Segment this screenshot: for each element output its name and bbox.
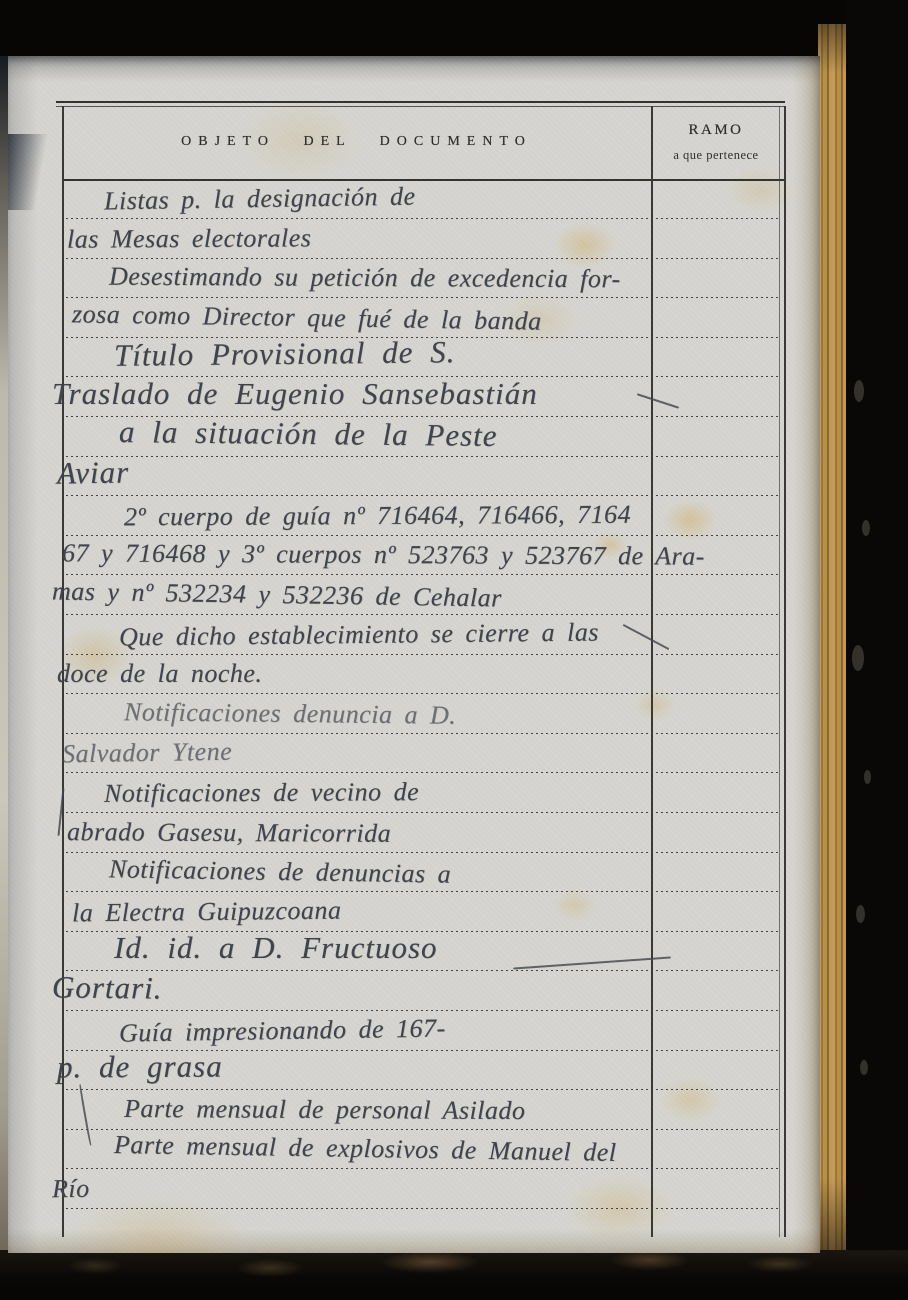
manuscript-line: las Mesas electorales [67,223,311,254]
frame-right-line [784,106,786,1237]
ruled-line [66,258,779,259]
cover-wear-speck [860,1060,868,1075]
ruled-line [66,1168,779,1169]
manuscript-line: Que dicho establecimiento se cierre a la… [119,617,599,652]
top-border-outer [56,101,785,103]
manuscript-line: Traslado de Eugenio Sansebastián [52,376,538,412]
manuscript-line: Id. id. a D. Fructuoso [114,930,438,966]
ruled-line [66,693,779,694]
header-divider-line [62,179,785,181]
ruled-line [66,733,779,734]
ruled-line [66,574,779,575]
manuscript-line: Parte mensual de explosivos de Manuel de… [114,1130,617,1168]
cover-wear-speck [854,380,864,402]
ruled-line [66,772,779,773]
manuscript-line: 2º cuerpo de guía nº 716464, 716466, 716… [124,500,631,533]
manuscript-line: Parte mensual de personal Asilado [124,1094,526,1126]
top-border-inner [56,106,785,107]
ruled-line [66,1089,779,1090]
manuscript-line: Notificaciones de vecino de [104,777,419,809]
ruled-line [66,1010,779,1011]
manuscript-line: Título Provisional de S. [114,334,456,374]
ruled-line [66,970,779,971]
cover-wear-speck [862,520,870,536]
pen-stroke [79,1084,92,1145]
ruled-line [66,218,779,219]
ruled-line [66,614,779,615]
manuscript-line: la Electra Guipuzcoana [72,896,342,929]
pen-flourish [623,624,670,650]
manuscript-line: p. de grasa [57,1049,223,1086]
column-header-objeto: OBJETO DEL DOCUMENTO [62,134,651,150]
manuscript-line: zosa como Director que fué de la banda [72,299,542,336]
ruled-line [66,535,779,536]
pen-flourish [637,393,679,408]
ruled-line [66,812,779,813]
cover-wear-speck [852,645,864,671]
ruled-line [66,297,779,298]
manuscript-line: Gortari. [52,969,163,1006]
ruled-line [66,891,779,892]
column-subheader-ramo: a que pertenece [651,148,781,163]
manuscript-line: Desestimando su petición de excedencia f… [109,262,621,295]
manuscript-line: Salvador Ytene [62,737,233,770]
manuscript-line: Guía impresionando de 167- [119,1013,446,1048]
scanned-ledger-photo: OBJETO DEL DOCUMENTO RAMO a que pertenec… [0,0,908,1300]
book-cover-right [846,0,908,1300]
manuscript-line: Río [52,1174,90,1204]
ruled-line [66,1208,779,1209]
manuscript-line: a la situación de la Peste [119,414,498,454]
manuscript-line: mas y nº 532234 y 532236 de Cehalar [52,576,502,613]
ruled-line [66,852,779,853]
book-cover-bottom [0,1250,908,1300]
column-header-ramo: RAMO [651,122,781,139]
cover-wear-speck [864,770,871,784]
ruled-line [66,1129,779,1130]
manuscript-line: doce de la noche. [57,659,262,689]
ruled-line [66,654,779,655]
cover-wear-speck [856,905,865,923]
manuscript-line: abrado Gasesu, Maricorrida [67,817,391,849]
manuscript-line: 67 y 716468 y 3º cuerpos nº 523763 y 523… [62,538,705,571]
ledger-page: OBJETO DEL DOCUMENTO RAMO a que pertenec… [8,56,820,1253]
column-divider-line [651,106,653,1237]
frame-right-inner-line [779,106,780,1237]
ruled-line [66,456,779,457]
manuscript-line: Listas p. la designación de [104,182,416,217]
page-edge-stack [818,24,847,1252]
pen-flourish [513,956,671,969]
ruled-line [66,495,779,496]
manuscript-line: Aviar [57,454,130,491]
spine-shadow [8,134,60,210]
manuscript-line: Notificaciones de denuncias a [109,854,452,889]
manuscript-line: Notificaciones denuncia a D. [124,697,457,730]
